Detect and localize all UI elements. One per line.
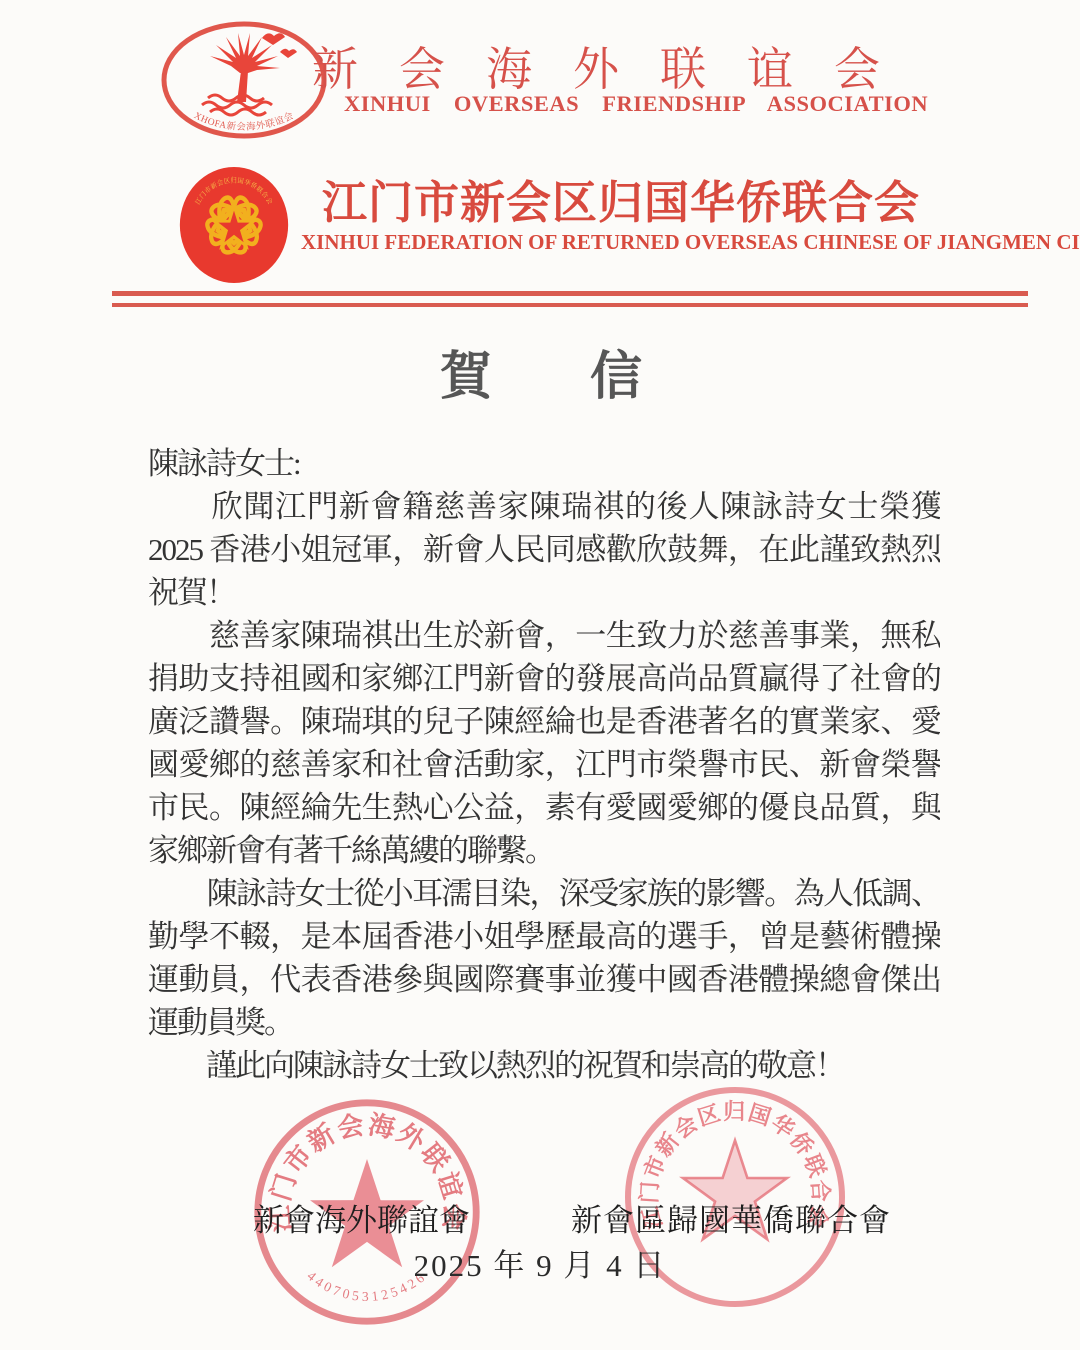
letter-line: 祝賀！ (148, 571, 940, 614)
org2-title-english: XINHUI FEDERATION OF RETURNED OVERSEAS C… (301, 230, 1080, 255)
letter-line: 欣聞江門新會籍慈善家陳瑞祺的後人陳詠詩女士榮獲 (148, 485, 940, 528)
salutation: 陳詠詩女士: (148, 442, 940, 485)
letter-line: 勤學不輟，是本屆香港小姐學歷最高的選手，曾是藝術體操 (148, 915, 940, 958)
letter-body: 陳詠詩女士: 欣聞江門新會籍慈善家陳瑞祺的後人陳詠詩女士榮獲 2025 香港小姐… (148, 442, 940, 1087)
rule-bar-top (112, 291, 1028, 296)
letter-line: 運動員，代表香港參與國際賽事並獲中國香港體操總會傑出 (148, 958, 940, 1001)
letter-line: 國愛鄉的慈善家和社會活動家，江門市榮譽市民、新會榮譽 (148, 743, 940, 786)
signature-right: 新會區歸國華僑聯合會 (571, 1195, 891, 1240)
double-rule (112, 291, 1028, 307)
letter-line: 捐助支持祖國和家鄉江門新會的發展高尚品質贏得了社會的 (148, 657, 940, 700)
letter-line: 2025 香港小姐冠軍，新會人民同感歡欣鼓舞，在此謹致熱烈 (148, 528, 940, 571)
letter-line: 家鄉新會有著千絲萬縷的聯繫。 (148, 829, 940, 872)
org1-title-english: XINHUI OVERSEAS FRIENDSHIP ASSOCIATION (344, 91, 928, 117)
closing-line: 謹此向陳詠詩女士致以熱烈的祝賀和崇高的敬意！ (148, 1044, 940, 1087)
letter-line: 運動員獎。 (148, 1001, 940, 1044)
letter-line: 陳詠詩女士從小耳濡目染，深受家族的影響。為人低調、 (148, 872, 940, 915)
bird-icon (280, 49, 297, 58)
org2-title-chinese: 江门市新会区归国华侨联合会 (322, 166, 920, 231)
xhofa-emblem-icon: XHOFA新会海外联谊会 (156, 18, 332, 142)
letter-date: 2025 年 9 月 4 日 (0, 1240, 1080, 1285)
letter-title: 賀 信 (0, 334, 1080, 409)
rule-bar-bottom (112, 303, 1028, 308)
org1-title-chinese: 新会海外联谊会 (312, 33, 921, 99)
waves-shape (208, 95, 264, 101)
letter-line: 市民。陳經綸先生熱心公益，素有愛國愛鄉的優良品質，與 (148, 786, 940, 829)
letter-line: 廣泛讚譽。陳瑞琪的兒子陳經綸也是香港著名的實業家、愛 (148, 700, 940, 743)
letter-line: 慈善家陳瑞祺出生於新會，一生致力於慈善事業，無私 (148, 614, 940, 657)
signature-left: 新會海外聯誼會 (253, 1195, 470, 1240)
federation-emblem-icon: 江门市新会区归国华侨联合会 (177, 164, 291, 286)
bird-icon (262, 33, 285, 45)
congratulation-letter-page: XHOFA新会海外联谊会 新会海外联谊会 XINHUI OVERSEAS FRI… (0, 0, 1080, 1350)
